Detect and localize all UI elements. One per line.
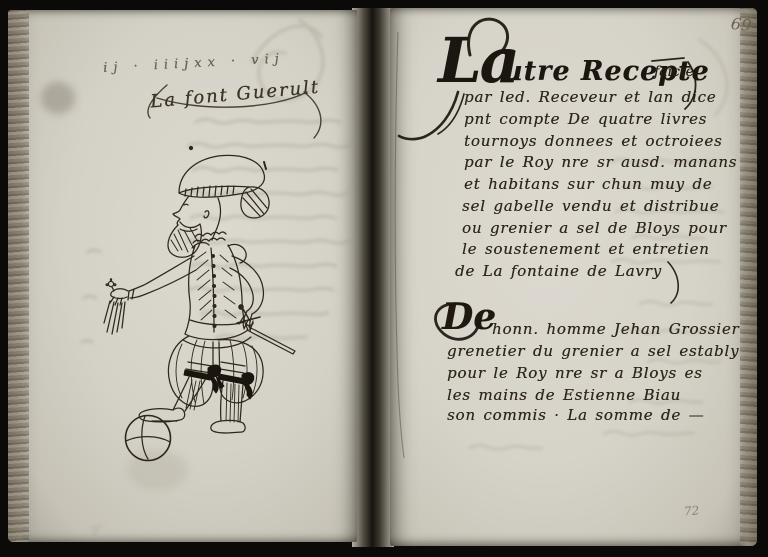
text-line: sel gabelle vendu et distribue [462, 197, 719, 215]
text-line: et habitans sur chun muy de [464, 175, 712, 193]
heading-suffix: faicte [654, 64, 694, 80]
folio-number: 69 [730, 14, 753, 35]
text-line: pnt compte De quatre livres [464, 110, 707, 128]
paragraph-initial: De [442, 296, 496, 338]
text-line: les mains de Estienne Biau [447, 386, 681, 404]
text-line: son commis · La somme de — [447, 406, 704, 424]
book-gutter [352, 8, 394, 547]
pencil-folio-number: 72 [683, 503, 699, 518]
text-line: le soustenement et entretien [462, 240, 710, 258]
text-line: ou grenier a sel de Bloys pour [462, 219, 727, 237]
text-line: par led. Receveur et lan dice [464, 88, 716, 106]
text-line: grenetier du grenier a sel estably [447, 342, 739, 360]
man-with-ball-drawing [8, 10, 357, 542]
text-line: pour le Roy nre sr a Bloys es [447, 364, 703, 382]
manuscript-photo: ij · iiijxx · vij La font Guerult [0, 0, 768, 557]
text-line: tournoys donnees et octroiees [464, 132, 722, 150]
text-line: honn. homme Jehan Grossier [492, 320, 739, 338]
text-line: par le Roy nre sr ausd. manans [464, 153, 737, 171]
text-line: de La fontaine de Lavry [455, 262, 662, 280]
left-page: ij · iiijxx · vij La font Guerult [8, 10, 357, 542]
